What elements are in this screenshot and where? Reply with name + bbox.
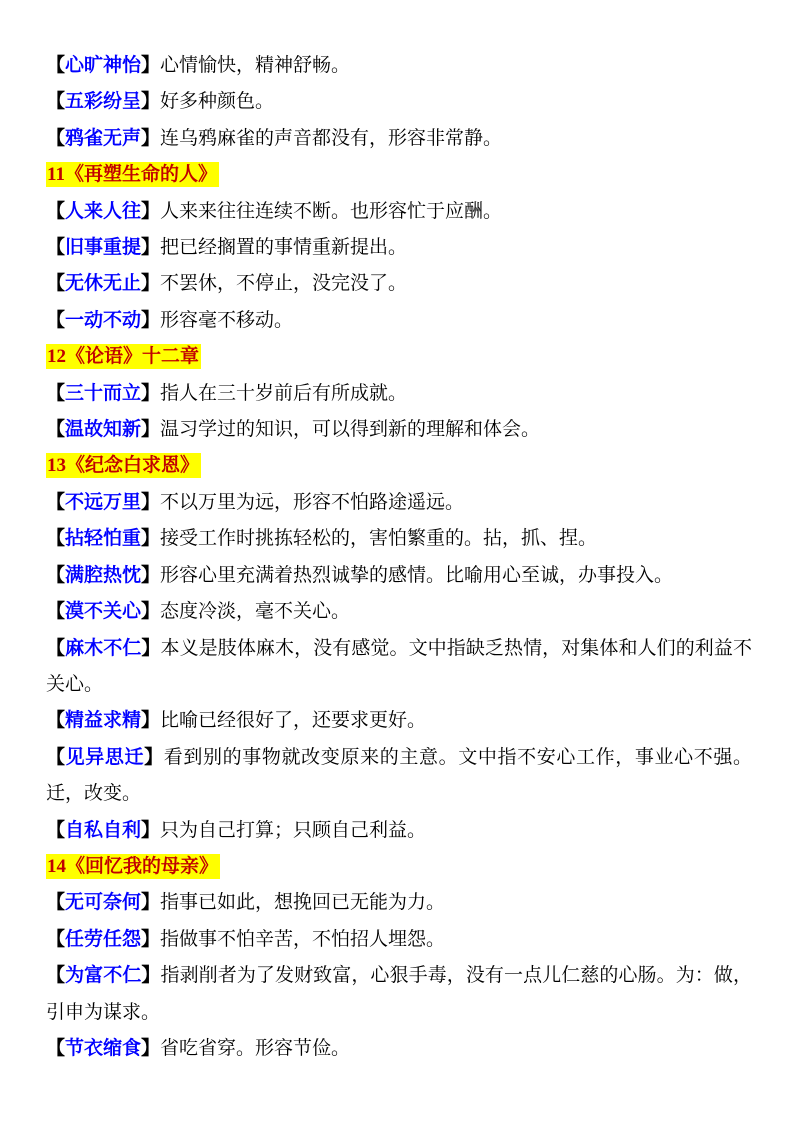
close-bracket: 】 — [141, 237, 160, 258]
idiom-definition: 接受工作时挑拣轻松的，害怕繁重的。拈，抓、捏。 — [160, 528, 597, 549]
idiom-definition: 形容毫不移动。 — [160, 310, 293, 331]
glossary-entry: 【见异思迁】看到别的事物就改变原来的主意。文中指不安心工作，事业心不强。迁，改变… — [46, 740, 752, 813]
idiom-definition: 不罢休，不停止，没完没了。 — [160, 273, 407, 294]
idiom-definition: 不以万里为远，形容不怕路途遥远。 — [160, 492, 464, 513]
lesson-header: 12《论语》十二章 — [46, 339, 752, 375]
idiom-term: 人来人往 — [65, 201, 141, 222]
close-bracket: 】 — [141, 820, 160, 841]
open-bracket: 【 — [46, 965, 65, 986]
open-bracket: 【 — [46, 892, 65, 913]
idiom-term: 无休无止 — [65, 273, 141, 294]
idiom-term: 无可奈何 — [65, 892, 141, 913]
open-bracket: 【 — [46, 710, 65, 731]
idiom-term: 为富不仁 — [65, 965, 141, 986]
glossary-entry: 【五彩纷呈】好多种颜色。 — [46, 84, 752, 120]
glossary-entry: 【温故知新】温习学过的知识，可以得到新的理解和体会。 — [46, 412, 752, 448]
open-bracket: 【 — [46, 237, 65, 258]
idiom-definition: 指人在三十岁前后有所成就。 — [160, 383, 407, 404]
glossary-entry: 【麻木不仁】本义是肢体麻木，没有感觉。文中指缺乏热情，对集体和人们的利益不关心。 — [46, 631, 752, 704]
glossary-entry: 【节衣缩食】省吃省穿。形容节俭。 — [46, 1031, 752, 1067]
close-bracket: 】 — [141, 55, 160, 76]
open-bracket: 【 — [46, 91, 65, 112]
glossary-entry: 【不远万里】不以万里为远，形容不怕路途遥远。 — [46, 485, 752, 521]
idiom-term: 漠不关心 — [65, 601, 141, 622]
close-bracket: 】 — [141, 601, 160, 622]
lesson-header-text: 13《纪念白求恩》 — [46, 453, 201, 478]
lesson-header: 14《回忆我的母亲》 — [46, 849, 752, 885]
idiom-glossary: 【心旷神怡】心情愉快，精神舒畅。【五彩纷呈】好多种颜色。【鸦雀无声】连乌鸦麻雀的… — [46, 48, 752, 1067]
open-bracket: 【 — [46, 128, 65, 149]
idiom-definition: 指事已如此，想挽回已无能为力。 — [160, 892, 445, 913]
open-bracket: 【 — [46, 528, 65, 549]
open-bracket: 【 — [46, 820, 65, 841]
close-bracket: 】 — [141, 201, 160, 222]
idiom-term: 一动不动 — [65, 310, 141, 331]
glossary-entry: 【无可奈何】指事已如此，想挽回已无能为力。 — [46, 885, 752, 921]
glossary-entry: 【无休无止】不罢休，不停止，没完没了。 — [46, 266, 752, 302]
close-bracket: 】 — [141, 710, 160, 731]
glossary-entry: 【精益求精】比喻已经很好了，还要求更好。 — [46, 703, 752, 739]
idiom-term: 旧事重提 — [65, 237, 141, 258]
close-bracket: 】 — [141, 528, 160, 549]
glossary-entry: 【自私自利】只为自己打算；只顾自己利益。 — [46, 813, 752, 849]
close-bracket: 】 — [141, 383, 160, 404]
idiom-term: 不远万里 — [65, 492, 141, 513]
close-bracket: 】 — [141, 1038, 160, 1059]
open-bracket: 【 — [46, 638, 65, 659]
idiom-definition: 温习学过的知识，可以得到新的理解和体会。 — [160, 419, 540, 440]
idiom-term: 节衣缩食 — [65, 1038, 141, 1059]
open-bracket: 【 — [46, 601, 65, 622]
idiom-term: 见异思迁 — [66, 747, 145, 768]
close-bracket: 】 — [141, 565, 160, 586]
glossary-entry: 【满腔热忱】形容心里充满着热烈诚挚的感情。比喻用心至诚，办事投入。 — [46, 558, 752, 594]
open-bracket: 【 — [46, 310, 65, 331]
lesson-header-text: 14《回忆我的母亲》 — [46, 854, 220, 879]
close-bracket: 】 — [141, 929, 160, 950]
idiom-definition: 连乌鸦麻雀的声音都没有，形容非常静。 — [160, 128, 502, 149]
idiom-definition: 比喻已经很好了，还要求更好。 — [160, 710, 426, 731]
idiom-definition: 只为自己打算；只顾自己利益。 — [160, 820, 426, 841]
idiom-definition: 心情愉快，精神舒畅。 — [160, 55, 350, 76]
idiom-term: 拈轻怕重 — [65, 528, 141, 549]
idiom-definition: 把已经搁置的事情重新提出。 — [160, 237, 407, 258]
open-bracket: 【 — [46, 492, 65, 513]
open-bracket: 【 — [46, 383, 65, 404]
lesson-header-text: 11《再塑生命的人》 — [46, 162, 219, 187]
glossary-entry: 【漠不关心】态度冷淡，毫不关心。 — [46, 594, 752, 630]
idiom-term: 满腔热忱 — [65, 565, 141, 586]
glossary-entry: 【一动不动】形容毫不移动。 — [46, 303, 752, 339]
glossary-entry: 【旧事重提】把已经搁置的事情重新提出。 — [46, 230, 752, 266]
open-bracket: 【 — [46, 1038, 65, 1059]
close-bracket: 】 — [141, 91, 160, 112]
idiom-definition: 态度冷淡，毫不关心。 — [160, 601, 350, 622]
close-bracket: 】 — [141, 965, 160, 986]
close-bracket: 】 — [141, 128, 160, 149]
lesson-header: 13《纪念白求恩》 — [46, 448, 752, 484]
glossary-entry: 【人来人往】人来来往往连续不断。也形容忙于应酬。 — [46, 194, 752, 230]
idiom-definition: 人来来往往连续不断。也形容忙于应酬。 — [160, 201, 502, 222]
glossary-entry: 【拈轻怕重】接受工作时挑拣轻松的，害怕繁重的。拈，抓、捏。 — [46, 521, 752, 557]
close-bracket: 】 — [141, 892, 160, 913]
lesson-header: 11《再塑生命的人》 — [46, 157, 752, 193]
glossary-entry: 【任劳任怨】指做事不怕辛苦，不怕招人埋怨。 — [46, 922, 752, 958]
glossary-entry: 【为富不仁】指剥削者为了发财致富，心狠手毒，没有一点儿仁慈的心肠。为：做，引申为… — [46, 958, 752, 1031]
idiom-definition: 指做事不怕辛苦，不怕招人埋怨。 — [160, 929, 445, 950]
idiom-definition: 形容心里充满着热烈诚挚的感情。比喻用心至诚，办事投入。 — [160, 565, 673, 586]
idiom-definition: 省吃省穿。形容节俭。 — [160, 1038, 350, 1059]
lesson-header-text: 12《论语》十二章 — [46, 344, 201, 369]
idiom-term: 三十而立 — [65, 383, 141, 404]
open-bracket: 【 — [46, 929, 65, 950]
open-bracket: 【 — [46, 201, 65, 222]
idiom-term: 鸦雀无声 — [65, 128, 141, 149]
glossary-entry: 【鸦雀无声】连乌鸦麻雀的声音都没有，形容非常静。 — [46, 121, 752, 157]
idiom-term: 五彩纷呈 — [65, 91, 141, 112]
open-bracket: 【 — [46, 419, 65, 440]
glossary-entry: 【三十而立】指人在三十岁前后有所成就。 — [46, 376, 752, 412]
idiom-term: 精益求精 — [65, 710, 141, 731]
close-bracket: 】 — [141, 419, 160, 440]
idiom-term: 心旷神怡 — [65, 55, 141, 76]
idiom-definition: 好多种颜色。 — [160, 91, 274, 112]
close-bracket: 】 — [141, 492, 160, 513]
open-bracket: 【 — [46, 747, 66, 768]
idiom-term: 麻木不仁 — [65, 638, 141, 659]
glossary-entry: 【心旷神怡】心情愉快，精神舒畅。 — [46, 48, 752, 84]
close-bracket: 】 — [141, 638, 160, 659]
idiom-term: 自私自利 — [65, 820, 141, 841]
idiom-term: 温故知新 — [65, 419, 141, 440]
close-bracket: 】 — [141, 310, 160, 331]
idiom-term: 任劳任怨 — [65, 929, 141, 950]
close-bracket: 】 — [141, 273, 160, 294]
document-page: 【心旷神怡】心情愉快，精神舒畅。【五彩纷呈】好多种颜色。【鸦雀无声】连乌鸦麻雀的… — [0, 0, 794, 1122]
open-bracket: 【 — [46, 55, 65, 76]
open-bracket: 【 — [46, 565, 65, 586]
open-bracket: 【 — [46, 273, 65, 294]
close-bracket: 】 — [144, 747, 164, 768]
